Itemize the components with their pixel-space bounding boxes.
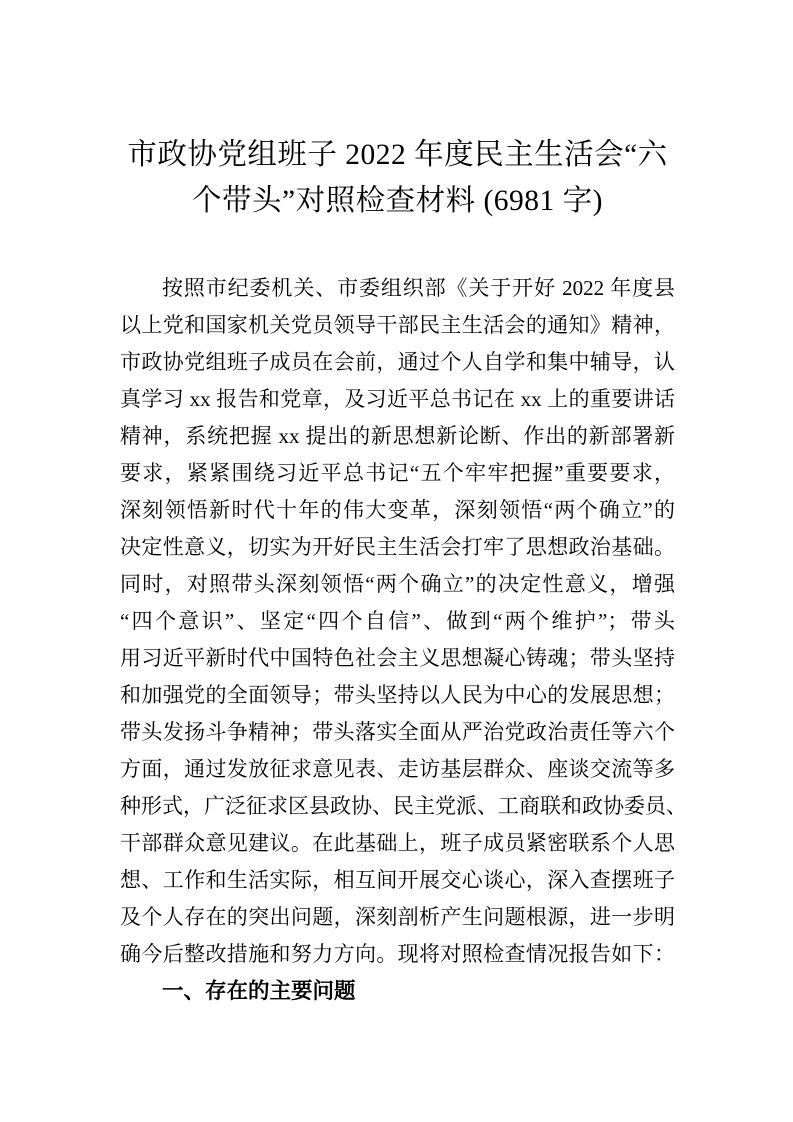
document-title-line-2: 个带头”对照检查材料 (6981 字) — [120, 178, 675, 224]
paragraph-line: 真学习 xx 报告和党章，及习近平总书记在 xx 上的重要讲话 — [120, 381, 675, 418]
paragraph-line: 以上党和国家机关党员领导干部民主生活会的通知》精神， — [120, 307, 675, 344]
paragraph-line: 干部群众意见建议。在此基础上，班子成员紧密联系个人思 — [120, 825, 675, 862]
paragraph-line: 及个人存在的突出问题，深刻剖析产生问题根源，进一步明 — [120, 899, 675, 936]
document-page: 市政协党组班子 2022 年度民主生活会“六 个带头”对照检查材料 (6981 … — [0, 0, 793, 1122]
paragraph-line: “四个意识”、坚定“四个自信”、做到“两个维护”；带头 — [120, 603, 675, 640]
section-heading: 一、存在的主要问题 — [120, 973, 675, 1010]
paragraph-line: 方面，通过发放征求意见表、走访基层群众、座谈交流等多 — [120, 751, 675, 788]
document-title-line-1: 市政协党组班子 2022 年度民主生活会“六 — [120, 132, 675, 178]
paragraph-line: 种形式，广泛征求区县政协、民主党派、工商联和政协委员、 — [120, 788, 675, 825]
paragraph-line: 想、工作和生活实际，相互间开展交心谈心，深入查摆班子 — [120, 862, 675, 899]
paragraph-line: 同时，对照带头深刻领悟“两个确立”的决定性意义，增强 — [120, 566, 675, 603]
paragraph-line: 要求，紧紧围绕习近平总书记“五个牢牢把握”重要要求， — [120, 455, 675, 492]
paragraph-line: 和加强党的全面领导；带头坚持以人民为中心的发展思想； — [120, 677, 675, 714]
paragraph-line: 确今后整改措施和努力方向。现将对照检查情况报告如下： — [120, 936, 675, 973]
paragraph-line: 深刻领悟新时代十年的伟大变革，深刻领悟“两个确立”的 — [120, 492, 675, 529]
document-title: 市政协党组班子 2022 年度民主生活会“六 个带头”对照检查材料 (6981 … — [120, 132, 675, 224]
paragraph-line: 按照市纪委机关、市委组织部《关于开好 2022 年度县 — [120, 270, 675, 307]
paragraph-line: 精神，系统把握 xx 提出的新思想新论断、作出的新部署新 — [120, 418, 675, 455]
document-paragraph: 按照市纪委机关、市委组织部《关于开好 2022 年度县以上党和国家机关党员领导干… — [120, 270, 675, 973]
paragraph-line: 用习近平新时代中国特色社会主义思想凝心铸魂；带头坚持 — [120, 640, 675, 677]
paragraph-line: 市政协党组班子成员在会前，通过个人自学和集中辅导，认 — [120, 344, 675, 381]
paragraph-line: 决定性意义，切实为开好民主生活会打牢了思想政治基础。 — [120, 529, 675, 566]
paragraph-line: 带头发扬斗争精神；带头落实全面从严治党政治责任等六个 — [120, 714, 675, 751]
